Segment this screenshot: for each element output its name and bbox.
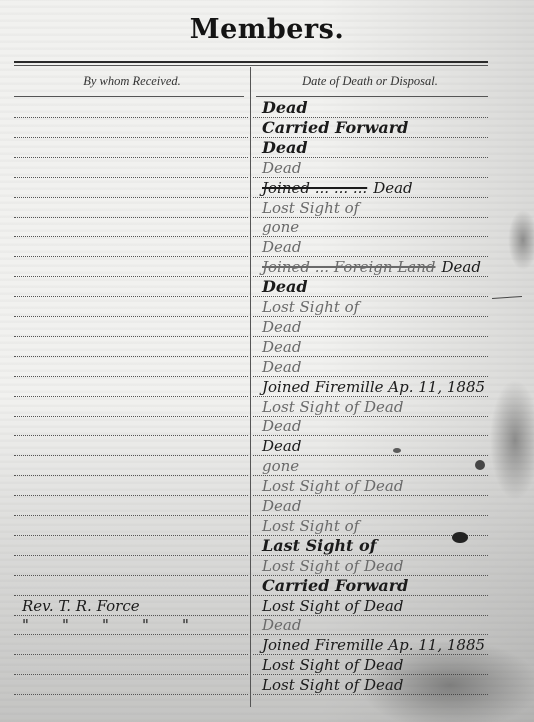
ledger-row: Dead — [0, 98, 534, 118]
disposal-text: Carried Forward — [262, 576, 408, 595]
ledger-row: gone — [0, 217, 534, 237]
disposal-entry: Dead — [262, 238, 301, 256]
disposal-text: Dead — [262, 238, 301, 256]
disposal-text: Dead — [262, 277, 308, 296]
disposal-text: Dead — [262, 159, 301, 177]
ledger-row: Dead — [0, 277, 534, 297]
dotted-rule-left — [14, 694, 248, 695]
disposal-text: Lost Sight of — [262, 298, 359, 316]
disposal-text: Dead — [262, 358, 301, 376]
disposal-entry: Dead — [262, 99, 308, 117]
disposal-text: Carried Forward — [262, 118, 408, 137]
ledger-row: Carried Forward — [0, 576, 534, 596]
disposal-text: Last Sight of — [262, 536, 377, 555]
ledger-row: Dead — [0, 357, 534, 377]
disposal-text: Lost Sight of — [262, 199, 359, 217]
disposal-entry: Dead — [262, 318, 301, 336]
column-header-death-disposal: Date of Death or Disposal. — [252, 74, 488, 89]
ledger-row: Lost Sight of Dead — [0, 476, 534, 496]
disposal-text: Joined ... ... ... — [262, 179, 367, 197]
ledger-row: Carried Forward — [0, 118, 534, 138]
ledger-row: Dead — [0, 237, 534, 257]
ledger-row: Dead — [0, 337, 534, 357]
disposal-entry: Dead — [262, 139, 308, 157]
ditto-mark: " — [142, 616, 182, 634]
disposal-entry: Joined ... Foreign LandDead — [262, 258, 481, 276]
disposal-entry: Dead — [262, 417, 301, 435]
ledger-row: """""Dead — [0, 615, 534, 635]
ledger-row: Dead — [0, 158, 534, 178]
stain — [508, 210, 534, 270]
disposal-text: Dead — [262, 616, 301, 634]
disposal-entry: Joined Firemille Ap. 11, 1885 — [262, 378, 485, 396]
ledger-row: Dead — [0, 436, 534, 456]
disposal-text: Dead — [262, 437, 301, 455]
disposal-text: gone — [262, 218, 299, 236]
ink-blot — [475, 460, 485, 470]
disposal-text: Dead — [262, 497, 301, 515]
column-header-rule-left — [14, 96, 244, 97]
ledger-row: Lost Sight of — [0, 297, 534, 317]
ledger-row: Joined ... Foreign LandDead — [0, 257, 534, 277]
ink-blot — [393, 448, 401, 453]
disposal-entry: Dead — [262, 278, 308, 296]
header-double-rule-bottom — [14, 65, 488, 66]
ledger-row: Lost Sight of Dead — [0, 397, 534, 417]
disposal-entry: Carried Forward — [262, 577, 408, 595]
disposal-text: Lost Sight of — [262, 517, 359, 535]
disposal-text: Dead — [262, 98, 308, 117]
disposal-entry: Dead — [262, 497, 301, 515]
disposal-entry: gone — [262, 218, 299, 236]
disposal-text: Dead — [262, 318, 301, 336]
ledger-row: Joined ... ... ...Dead — [0, 178, 534, 198]
ditto-mark: " — [182, 616, 222, 634]
disposal-entry: Dead — [262, 338, 301, 356]
stain — [360, 640, 534, 722]
disposal-status: Dead — [441, 258, 480, 276]
disposal-entry: Lost Sight of Dead — [262, 477, 403, 495]
received-by-ditto-marks: """"" — [22, 616, 222, 634]
disposal-status: Dead — [373, 179, 412, 197]
ledger-row: gone — [0, 456, 534, 476]
disposal-entry: gone — [262, 457, 299, 475]
disposal-entry: Lost Sight of — [262, 199, 359, 217]
disposal-text: Joined Firemille Ap. 11, 1885 — [262, 378, 485, 396]
ledger-row: Dead — [0, 416, 534, 436]
ditto-mark: " — [22, 616, 62, 634]
disposal-text: Dead — [262, 338, 301, 356]
disposal-entry: Carried Forward — [262, 119, 408, 137]
ditto-mark: " — [102, 616, 142, 634]
stain — [490, 380, 534, 500]
disposal-text: Lost Sight of Dead — [262, 557, 403, 575]
received-by-entry: Rev. T. R. Force — [22, 597, 140, 615]
ledger-row: Dead — [0, 496, 534, 516]
disposal-entry: Last Sight of — [262, 537, 377, 555]
disposal-entry: Dead — [262, 616, 301, 634]
disposal-text: Lost Sight of Dead — [262, 477, 403, 495]
disposal-entry: Lost Sight of Dead — [262, 557, 403, 575]
disposal-text: Lost Sight of Dead — [262, 597, 403, 615]
ledger-row: Dead — [0, 138, 534, 158]
ledger-row: Lost Sight of — [0, 198, 534, 218]
ledger-row: Rev. T. R. ForceLost Sight of Dead — [0, 596, 534, 616]
page-title: Members. — [0, 14, 534, 45]
ledger-row: Joined Firemille Ap. 11, 1885 — [0, 377, 534, 397]
disposal-entry: Dead — [262, 437, 301, 455]
ledger-page: Members. By whom Received. Date of Death… — [0, 0, 534, 722]
disposal-text: Dead — [262, 417, 301, 435]
column-header-rule-right — [256, 96, 488, 97]
ditto-mark: " — [62, 616, 102, 634]
header-double-rule-top — [14, 61, 488, 63]
disposal-entry: Lost Sight of — [262, 298, 359, 316]
ledger-row: Dead — [0, 317, 534, 337]
disposal-entry: Dead — [262, 358, 301, 376]
disposal-text: Joined ... Foreign Land — [262, 258, 435, 276]
disposal-entry: Lost Sight of Dead — [262, 597, 403, 615]
ink-blot — [452, 532, 468, 543]
disposal-text: Dead — [262, 138, 308, 157]
column-header-received-by: By whom Received. — [14, 74, 250, 89]
disposal-entry: Joined ... ... ...Dead — [262, 179, 413, 197]
disposal-entry: Dead — [262, 159, 301, 177]
disposal-entry: Lost Sight of — [262, 517, 359, 535]
disposal-text: gone — [262, 457, 299, 475]
ledger-row: Lost Sight of Dead — [0, 556, 534, 576]
disposal-text: Lost Sight of Dead — [262, 398, 403, 416]
disposal-entry: Lost Sight of Dead — [262, 398, 403, 416]
